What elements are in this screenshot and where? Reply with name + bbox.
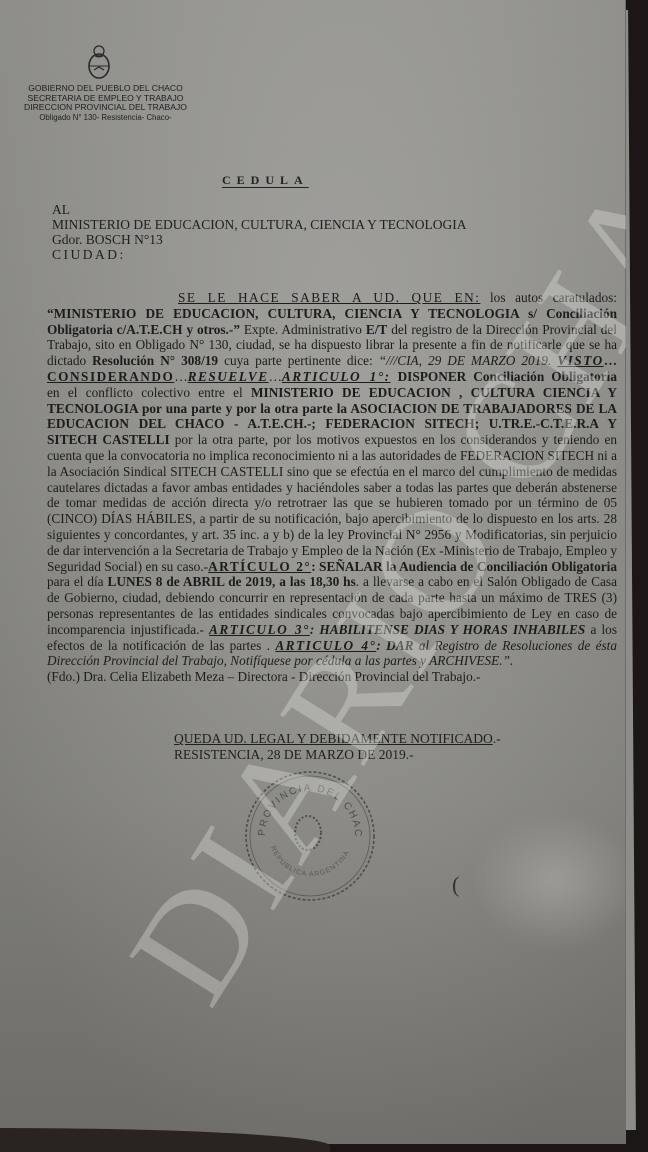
signature-line: (Fdo.) Dra. Celia Elizabeth Meza – Direc… [47,669,617,685]
stamp-top-text: PROVINCIA DEL CHACO [241,767,363,839]
resuelve: RESUELVE [188,369,269,384]
considerando: CONSIDERANDO [47,369,174,384]
dateline: “///CIA, 29 DE MARZO 2019. [379,353,558,368]
visto: VISTO [557,353,603,368]
resolution-number: Resolución N° 308/19 [92,353,218,368]
dar: : DAR [376,638,413,653]
text: cuya parte pertinente dice: [218,353,379,368]
text: … [269,369,282,384]
coat-of-arms-icon [86,44,112,80]
redacted-signature [470,810,640,950]
article-4: ARTICULO 4° [275,638,376,653]
body-paragraph: SE LE HACE SABER A UD. QUE EN: los autos… [47,290,617,669]
notified-line: QUEDA UD. LEGAL Y DEBIDAMENTE NOTIFICADO… [174,731,501,747]
text: … [174,369,187,384]
letterhead-line: DIRECCION PROVINCIAL DEL TRABAJO [18,103,193,113]
place-date: RESISTENCIA, 28 DE MARZO DE 2019.- [174,747,501,763]
letterhead-line: Obligado N° 130- Resistencia- Chaco- [18,113,193,123]
text: Expte. Administrativo [240,322,366,337]
article-1: ARTICULO 1°: [282,369,391,384]
disponer: DISPONER Conciliación Obligatoria [391,369,617,384]
signature-mark: ( [452,872,459,898]
letterhead: GOBIERNO DEL PUEBLO DEL CHACO SECRETARIA… [18,84,193,122]
expte-code: E/T [366,322,387,337]
closing-block: QUEDA UD. LEGAL Y DEBIDAMENTE NOTIFICADO… [174,731,501,763]
article-2: ARTÍCULO 2° [208,559,311,574]
addressee-name: MINISTERIO DE EDUCACION, CULTURA, CIENCI… [52,217,467,232]
svg-text:PROVINCIA DEL CHACO: PROVINCIA DEL CHACO [241,767,363,839]
text: … [604,353,617,368]
text: .- [493,731,501,746]
hearing-date: LUNES 8 de ABRIL de 2019, a las 18,30 hs [108,574,356,589]
notified-text: QUEDA UD. LEGAL Y DEBIDAMENTE NOTIFICADO [174,731,493,746]
addressee-prefix: AL [52,202,467,217]
text: para el día [47,574,108,589]
notice-heading: SE LE HACE SABER A UD. QUE EN: [178,290,480,305]
addressee-street: Gdor. BOSCH N°13 [52,232,467,247]
text: por la otra parte, por los motivos expue… [47,432,617,573]
habilitense: : HABILITENSE DIAS Y HORAS INHABILES [310,622,585,637]
text: los autos caratulados: [480,290,617,305]
official-stamp-icon: PROVINCIA DEL CHACO REPUBLICA ARGENTINA [241,767,379,905]
text: en el conflicto colectivo entre el [47,385,251,400]
addressee-city: CIUDAD: [52,247,467,262]
document-title: CEDULA [222,173,309,188]
document-body: SE LE HACE SABER A UD. QUE EN: los autos… [47,290,617,685]
document-page: GOBIERNO DEL PUEBLO DEL CHACO SECRETARIA… [0,0,626,1144]
addressee-block: AL MINISTERIO DE EDUCACION, CULTURA, CIE… [52,202,467,262]
senalar: : SEÑALAR la Audiencia de Conciliación O… [311,559,617,574]
article-3: ARTICULO 3° [209,622,310,637]
